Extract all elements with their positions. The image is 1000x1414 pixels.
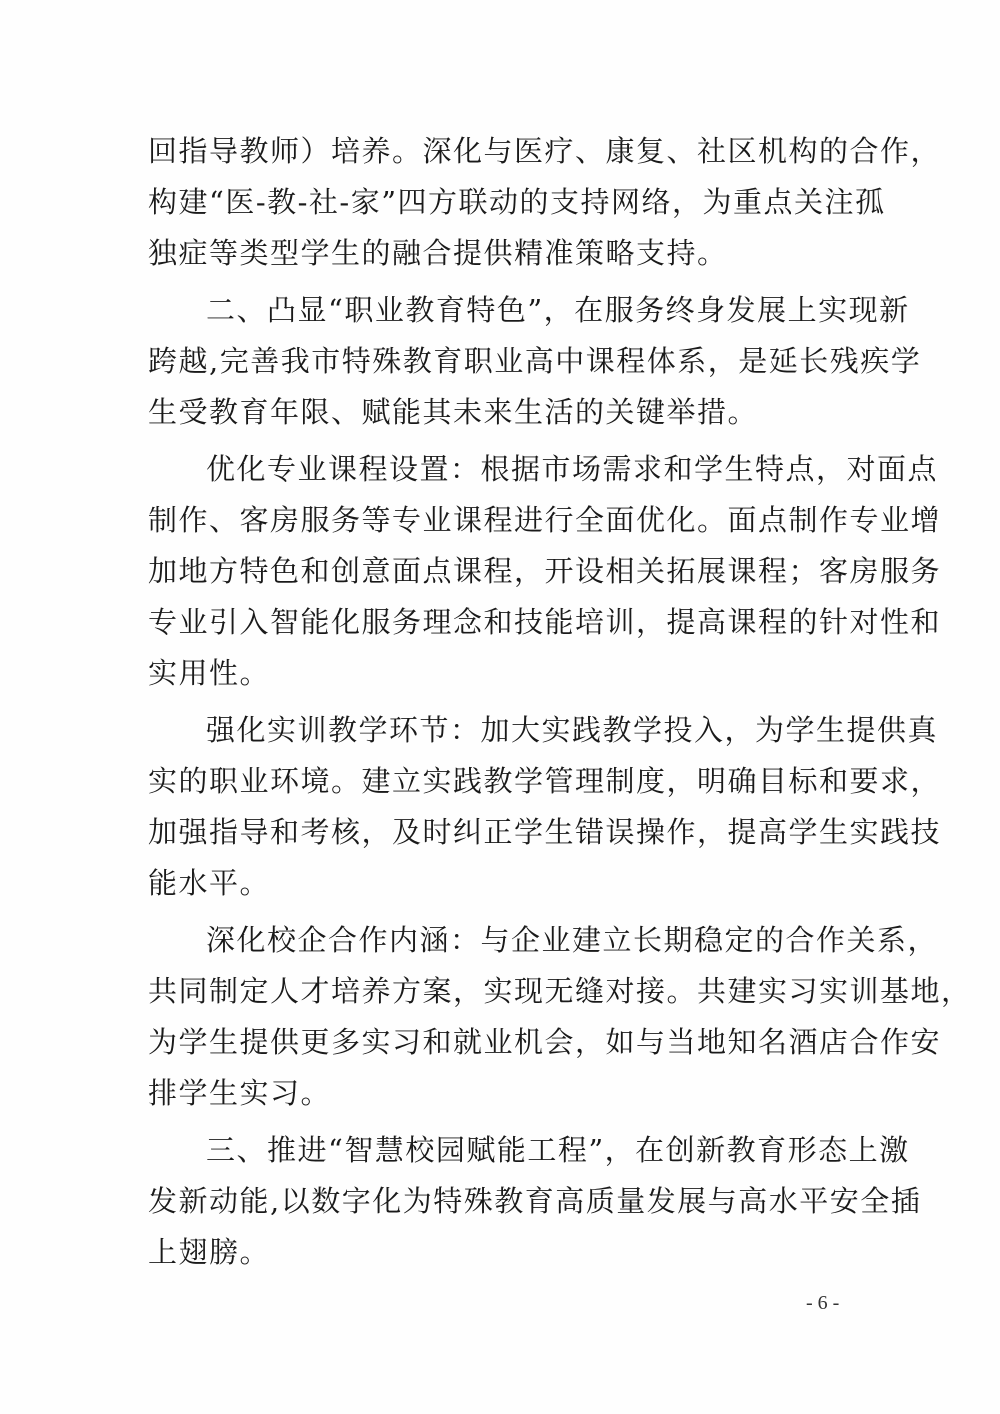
text-line: 制作、客房服务等专业课程进行全面优化。面点制作专业增: [148, 495, 850, 546]
text-line: 强化实训教学环节：加大实践教学投入，为学生提供真: [148, 705, 850, 756]
paragraph-optimize-courses: 优化专业课程设置：根据市场需求和学生特点，对面点 制作、客房服务等专业课程进行全…: [148, 444, 850, 699]
text-line: 为学生提供更多实习和就业机会，如与当地知名酒店合作安: [148, 1017, 850, 1068]
document-page: 回指导教师）培养。深化与医疗、康复、社区机构的合作， 构建“医-教-社-家”四方…: [0, 0, 1000, 1414]
text-line: 实用性。: [148, 648, 850, 699]
text-line: 专业引入智能化服务理念和技能培训，提高课程的针对性和: [148, 597, 850, 648]
text-line: 优化专业课程设置：根据市场需求和学生特点，对面点: [148, 444, 850, 495]
text-line: 排学生实习。: [148, 1068, 850, 1119]
text-line: 构建“医-教-社-家”四方联动的支持网络，为重点关注孤: [148, 177, 850, 228]
section-heading-line: 三、推进“智慧校园赋能工程”，在创新教育形态上激: [148, 1125, 850, 1176]
text-line: 共同制定人才培养方案，实现无缝对接。共建实习实训基地，: [148, 966, 850, 1017]
text-line: 加地方特色和创意面点课程，开设相关拓展课程；客房服务: [148, 546, 850, 597]
text-line: 跨越,完善我市特殊教育职业高中课程体系，是延长残疾学: [148, 336, 850, 387]
text-line: 回指导教师）培养。深化与医疗、康复、社区机构的合作，: [148, 126, 850, 177]
paragraph-continuation: 回指导教师）培养。深化与医疗、康复、社区机构的合作， 构建“医-教-社-家”四方…: [148, 126, 850, 279]
text-line: 发新动能,以数字化为特殊教育高质量发展与高水平安全插: [148, 1176, 850, 1227]
section-heading-line: 二、凸显“职业教育特色”，在服务终身发展上实现新: [148, 285, 850, 336]
page-number: - 6 -: [806, 1292, 839, 1315]
paragraph-section-two: 二、凸显“职业教育特色”，在服务终身发展上实现新 跨越,完善我市特殊教育职业高中…: [148, 285, 850, 438]
text-line: 实的职业环境。建立实践教学管理制度，明确目标和要求，: [148, 756, 850, 807]
text-line: 独症等类型学生的融合提供精准策略支持。: [148, 228, 850, 279]
text-line: 能水平。: [148, 858, 850, 909]
paragraph-section-three: 三、推进“智慧校园赋能工程”，在创新教育形态上激 发新动能,以数字化为特殊教育高…: [148, 1125, 850, 1278]
text-line: 生受教育年限、赋能其未来生活的关键举措。: [148, 387, 850, 438]
text-line: 上翅膀。: [148, 1227, 850, 1278]
text-line: 深化校企合作内涵：与企业建立长期稳定的合作关系，: [148, 915, 850, 966]
paragraph-school-enterprise: 深化校企合作内涵：与企业建立长期稳定的合作关系， 共同制定人才培养方案，实现无缝…: [148, 915, 850, 1119]
text-line: 加强指导和考核，及时纠正学生错误操作，提高学生实践技: [148, 807, 850, 858]
document-body: 回指导教师）培养。深化与医疗、康复、社区机构的合作， 构建“医-教-社-家”四方…: [148, 126, 850, 1278]
paragraph-practical-training: 强化实训教学环节：加大实践教学投入，为学生提供真 实的职业环境。建立实践教学管理…: [148, 705, 850, 909]
